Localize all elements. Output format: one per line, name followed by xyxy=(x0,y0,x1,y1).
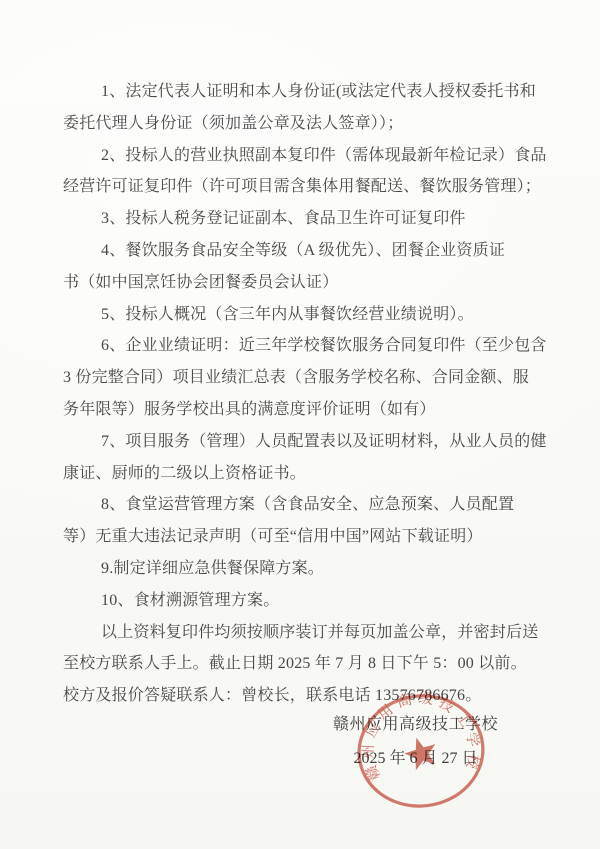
text-line: 3 份完整合同）项目业绩汇总表（含服务学校名称、合同金额、服 xyxy=(63,362,542,394)
text-line: 7、项目服务（管理）人员配置表以及证明材料，从业人员的健 xyxy=(63,426,542,458)
signature-org-name: 赣州应用高级技工学校 xyxy=(333,708,498,742)
text-line: 经营许可证复印件（许可项目需含集体用餐配送、餐饮服务管理）； xyxy=(63,171,542,203)
paragraph: 10、食材溯源管理方案。 xyxy=(63,585,542,617)
text-line: 5、投标人概况（含三年内从事餐饮经营业绩说明）。 xyxy=(63,299,542,331)
signature-block: 赣州应用高级技工学校 2025 年 6 月 27 日 xyxy=(333,708,498,776)
text-line: 9.制定详细应急供餐保障方案。 xyxy=(63,553,542,585)
text-line: 10、食材溯源管理方案。 xyxy=(63,585,542,617)
text-line: 以上资料复印件均须按顺序装订并每页加盖公章，并密封后送 xyxy=(63,617,542,649)
text-line: 8、食堂运营管理方案（含食品安全、应急预案、人员配置 xyxy=(63,489,542,521)
paragraph: 6、企业业绩证明：近三年学校餐饮服务合同复印件（至少包含3 份完整合同）项目业绩… xyxy=(63,330,542,425)
text-line: 书（如中国烹饪协会团餐委员会认证） xyxy=(63,267,542,299)
paragraph: 1、法定代表人证明和本人身份证(或法定代表人授权委托书和委托代理人身份证（须加盖… xyxy=(63,76,542,140)
document-page: 1、法定代表人证明和本人身份证(或法定代表人授权委托书和委托代理人身份证（须加盖… xyxy=(0,0,600,849)
text-line: 2、投标人的营业执照副本复印件（需体现最新年检记录）食品 xyxy=(63,140,542,172)
text-line: 4、餐饮服务食品安全等级（A 级优先）、团餐企业资质证 xyxy=(63,235,542,267)
document-body: 1、法定代表人证明和本人身份证(或法定代表人授权委托书和委托代理人身份证（须加盖… xyxy=(63,76,542,712)
text-line: 委托代理人身份证（须加盖公章及法人签章））； xyxy=(63,108,542,140)
text-line: 等）无重大违法记录声明（可至“信用中国”网站下载证明） xyxy=(63,521,542,553)
paragraph: 9.制定详细应急供餐保障方案。 xyxy=(63,553,542,585)
text-line: 务年限等）服务学校出具的满意度评价证明（如有） xyxy=(63,394,542,426)
text-line: 至校方联系人手上。截止日期 2025 年 7 月 8 日下午 5：00 以前。 xyxy=(63,648,542,680)
text-line: 6、企业业绩证明：近三年学校餐饮服务合同复印件（至少包含 xyxy=(63,330,542,362)
signature-date: 2025 年 6 月 27 日 xyxy=(333,742,498,776)
text-line: 康证、厨师的二级以上资格证书。 xyxy=(63,458,542,490)
paragraph: 2、投标人的营业执照副本复印件（需体现最新年检记录）食品经营许可证复印件（许可项… xyxy=(63,140,542,204)
paragraph: 8、食堂运营管理方案（含食品安全、应急预案、人员配置等）无重大违法记录声明（可至… xyxy=(63,489,542,553)
paragraph: 5、投标人概况（含三年内从事餐饮经营业绩说明）。 xyxy=(63,299,542,331)
paragraph: 7、项目服务（管理）人员配置表以及证明材料，从业人员的健康证、厨师的二级以上资格… xyxy=(63,426,542,490)
paragraph: 4、餐饮服务食品安全等级（A 级优先）、团餐企业资质证书（如中国烹饪协会团餐委员… xyxy=(63,235,542,299)
paragraph: 3、投标人税务登记证副本、食品卫生许可证复印件 xyxy=(63,203,542,235)
text-line: 3、投标人税务登记证副本、食品卫生许可证复印件 xyxy=(63,203,542,235)
text-line: 1、法定代表人证明和本人身份证(或法定代表人授权委托书和 xyxy=(63,76,542,108)
paragraph: 以上资料复印件均须按顺序装订并每页加盖公章，并密封后送至校方联系人手上。截止日期… xyxy=(63,617,542,712)
